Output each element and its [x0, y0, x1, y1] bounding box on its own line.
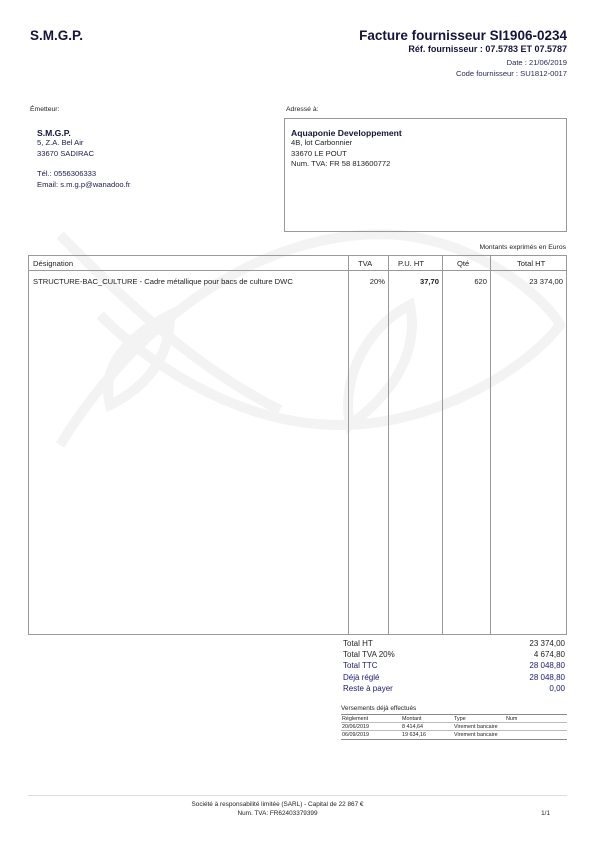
total-ttc-row: Total TTC 28 048,80: [343, 660, 565, 671]
footer-divider: [28, 795, 567, 796]
payments-section: Versements déjà effectués Règlement Mont…: [341, 705, 567, 740]
payment-type: Virement bancaire: [454, 731, 506, 739]
column-divider: [442, 256, 443, 634]
page-number: 1/1: [541, 810, 550, 817]
payments-table: Règlement Montant Type Num 20/06/2019 8 …: [341, 714, 567, 740]
company-name: S.M.G.P.: [30, 28, 83, 43]
payment-amount: 8 414,64: [402, 723, 454, 730]
total-tva-label: Total TVA 20%: [343, 649, 395, 660]
payments-col-date: Règlement: [341, 715, 402, 722]
column-divider: [490, 256, 491, 634]
column-divider: [388, 256, 389, 634]
payment-type: Virement bancaire: [454, 723, 506, 730]
total-ttc-value: 28 048,80: [529, 660, 565, 671]
items-table: Désignation TVA P.U. HT Qté Total HT STR…: [28, 255, 567, 635]
emitter-address-line2: 33670 SADIRAC: [37, 149, 130, 159]
recipient-name: Aquaponie Developpement: [291, 128, 402, 138]
emitter-address-line1: 5, Z.A. Bel Air: [37, 138, 130, 148]
emitter-email: Email: s.m.g.p@wanadoo.fr: [37, 180, 130, 190]
currency-note: Montants exprimés en Euros: [479, 244, 566, 251]
payments-col-num: Num: [506, 715, 567, 722]
column-header-tva: TVA: [358, 259, 372, 268]
payment-num: [506, 723, 567, 730]
totals-block: Total HT 23 374,00 Total TVA 20% 4 674,8…: [343, 638, 565, 694]
total-tva-row: Total TVA 20% 4 674,80: [343, 649, 565, 660]
item-total-ht: 23 374,00: [529, 277, 563, 286]
item-designation: STRUCTURE-BAC_CULTURE - Cadre métallique…: [33, 277, 293, 286]
payments-header-row: Règlement Montant Type Num: [341, 715, 567, 723]
already-paid-label: Déjà réglé: [343, 672, 379, 683]
payment-date: 06/09/2019: [341, 731, 402, 739]
emitter-phone: Tél.: 0556306333: [37, 169, 130, 179]
invoice-title: Facture fournisseur SI1906-0234: [359, 28, 567, 43]
column-header-qty: Qté: [457, 259, 469, 268]
total-tva-value: 4 674,80: [534, 649, 565, 660]
total-ht-row: Total HT 23 374,00: [343, 638, 565, 649]
payment-date: 20/06/2019: [341, 723, 402, 730]
supplier-code: Code fournisseur : SU1812-0017: [456, 69, 567, 78]
recipient-label: Adressé à:: [286, 106, 319, 113]
supplier-reference: Réf. fournisseur : 07.5783 ET 07.5787: [408, 44, 567, 54]
column-header-designation: Désignation: [33, 259, 73, 268]
footer-legal-info: Société à responsabilité limitée (SARL) …: [0, 801, 555, 808]
payment-amount: 19 634,16: [402, 731, 454, 739]
item-unit-price: 37,70: [420, 277, 439, 286]
payments-col-type: Type: [454, 715, 506, 722]
column-divider: [348, 256, 349, 634]
total-ht-label: Total HT: [343, 638, 373, 649]
recipient-address-line2: 33670 LE POUT: [291, 149, 402, 159]
column-header-total-ht: Total HT: [517, 259, 545, 268]
total-ht-value: 23 374,00: [529, 638, 565, 649]
already-paid-value: 28 048,80: [529, 672, 565, 683]
payments-title: Versements déjà effectués: [341, 705, 567, 712]
footer-vat-number: Num. TVA: FR62403379399: [0, 810, 555, 817]
header-divider: [29, 270, 566, 271]
item-tva: 20%: [370, 277, 385, 286]
emitter-name: S.M.G.P.: [37, 128, 130, 138]
remaining-value: 0,00: [549, 683, 565, 694]
recipient-vat: Num. TVA: FR 58 813600772: [291, 159, 402, 169]
recipient-address-block: Aquaponie Developpement 4B, lot Carbonni…: [291, 128, 402, 170]
table-row: 06/09/2019 19 634,16 Virement bancaire: [341, 731, 567, 739]
table-row: 20/06/2019 8 414,64 Virement bancaire: [341, 723, 567, 731]
total-ttc-label: Total TTC: [343, 660, 378, 671]
payment-num: [506, 731, 567, 739]
emitter-label: Émetteur:: [30, 106, 59, 113]
emitter-address-block: S.M.G.P. 5, Z.A. Bel Air 33670 SADIRAC T…: [37, 128, 130, 190]
remaining-label: Reste à payer: [343, 683, 393, 694]
recipient-address-line1: 4B, lot Carbonnier: [291, 138, 402, 148]
column-header-unit-price: P.U. HT: [398, 259, 424, 268]
item-qty: 620: [474, 277, 487, 286]
invoice-date: Date : 21/06/2019: [507, 58, 567, 67]
already-paid-row: Déjà réglé 28 048,80: [343, 672, 565, 683]
payments-col-amount: Montant: [402, 715, 454, 722]
remaining-row: Reste à payer 0,00: [343, 683, 565, 694]
